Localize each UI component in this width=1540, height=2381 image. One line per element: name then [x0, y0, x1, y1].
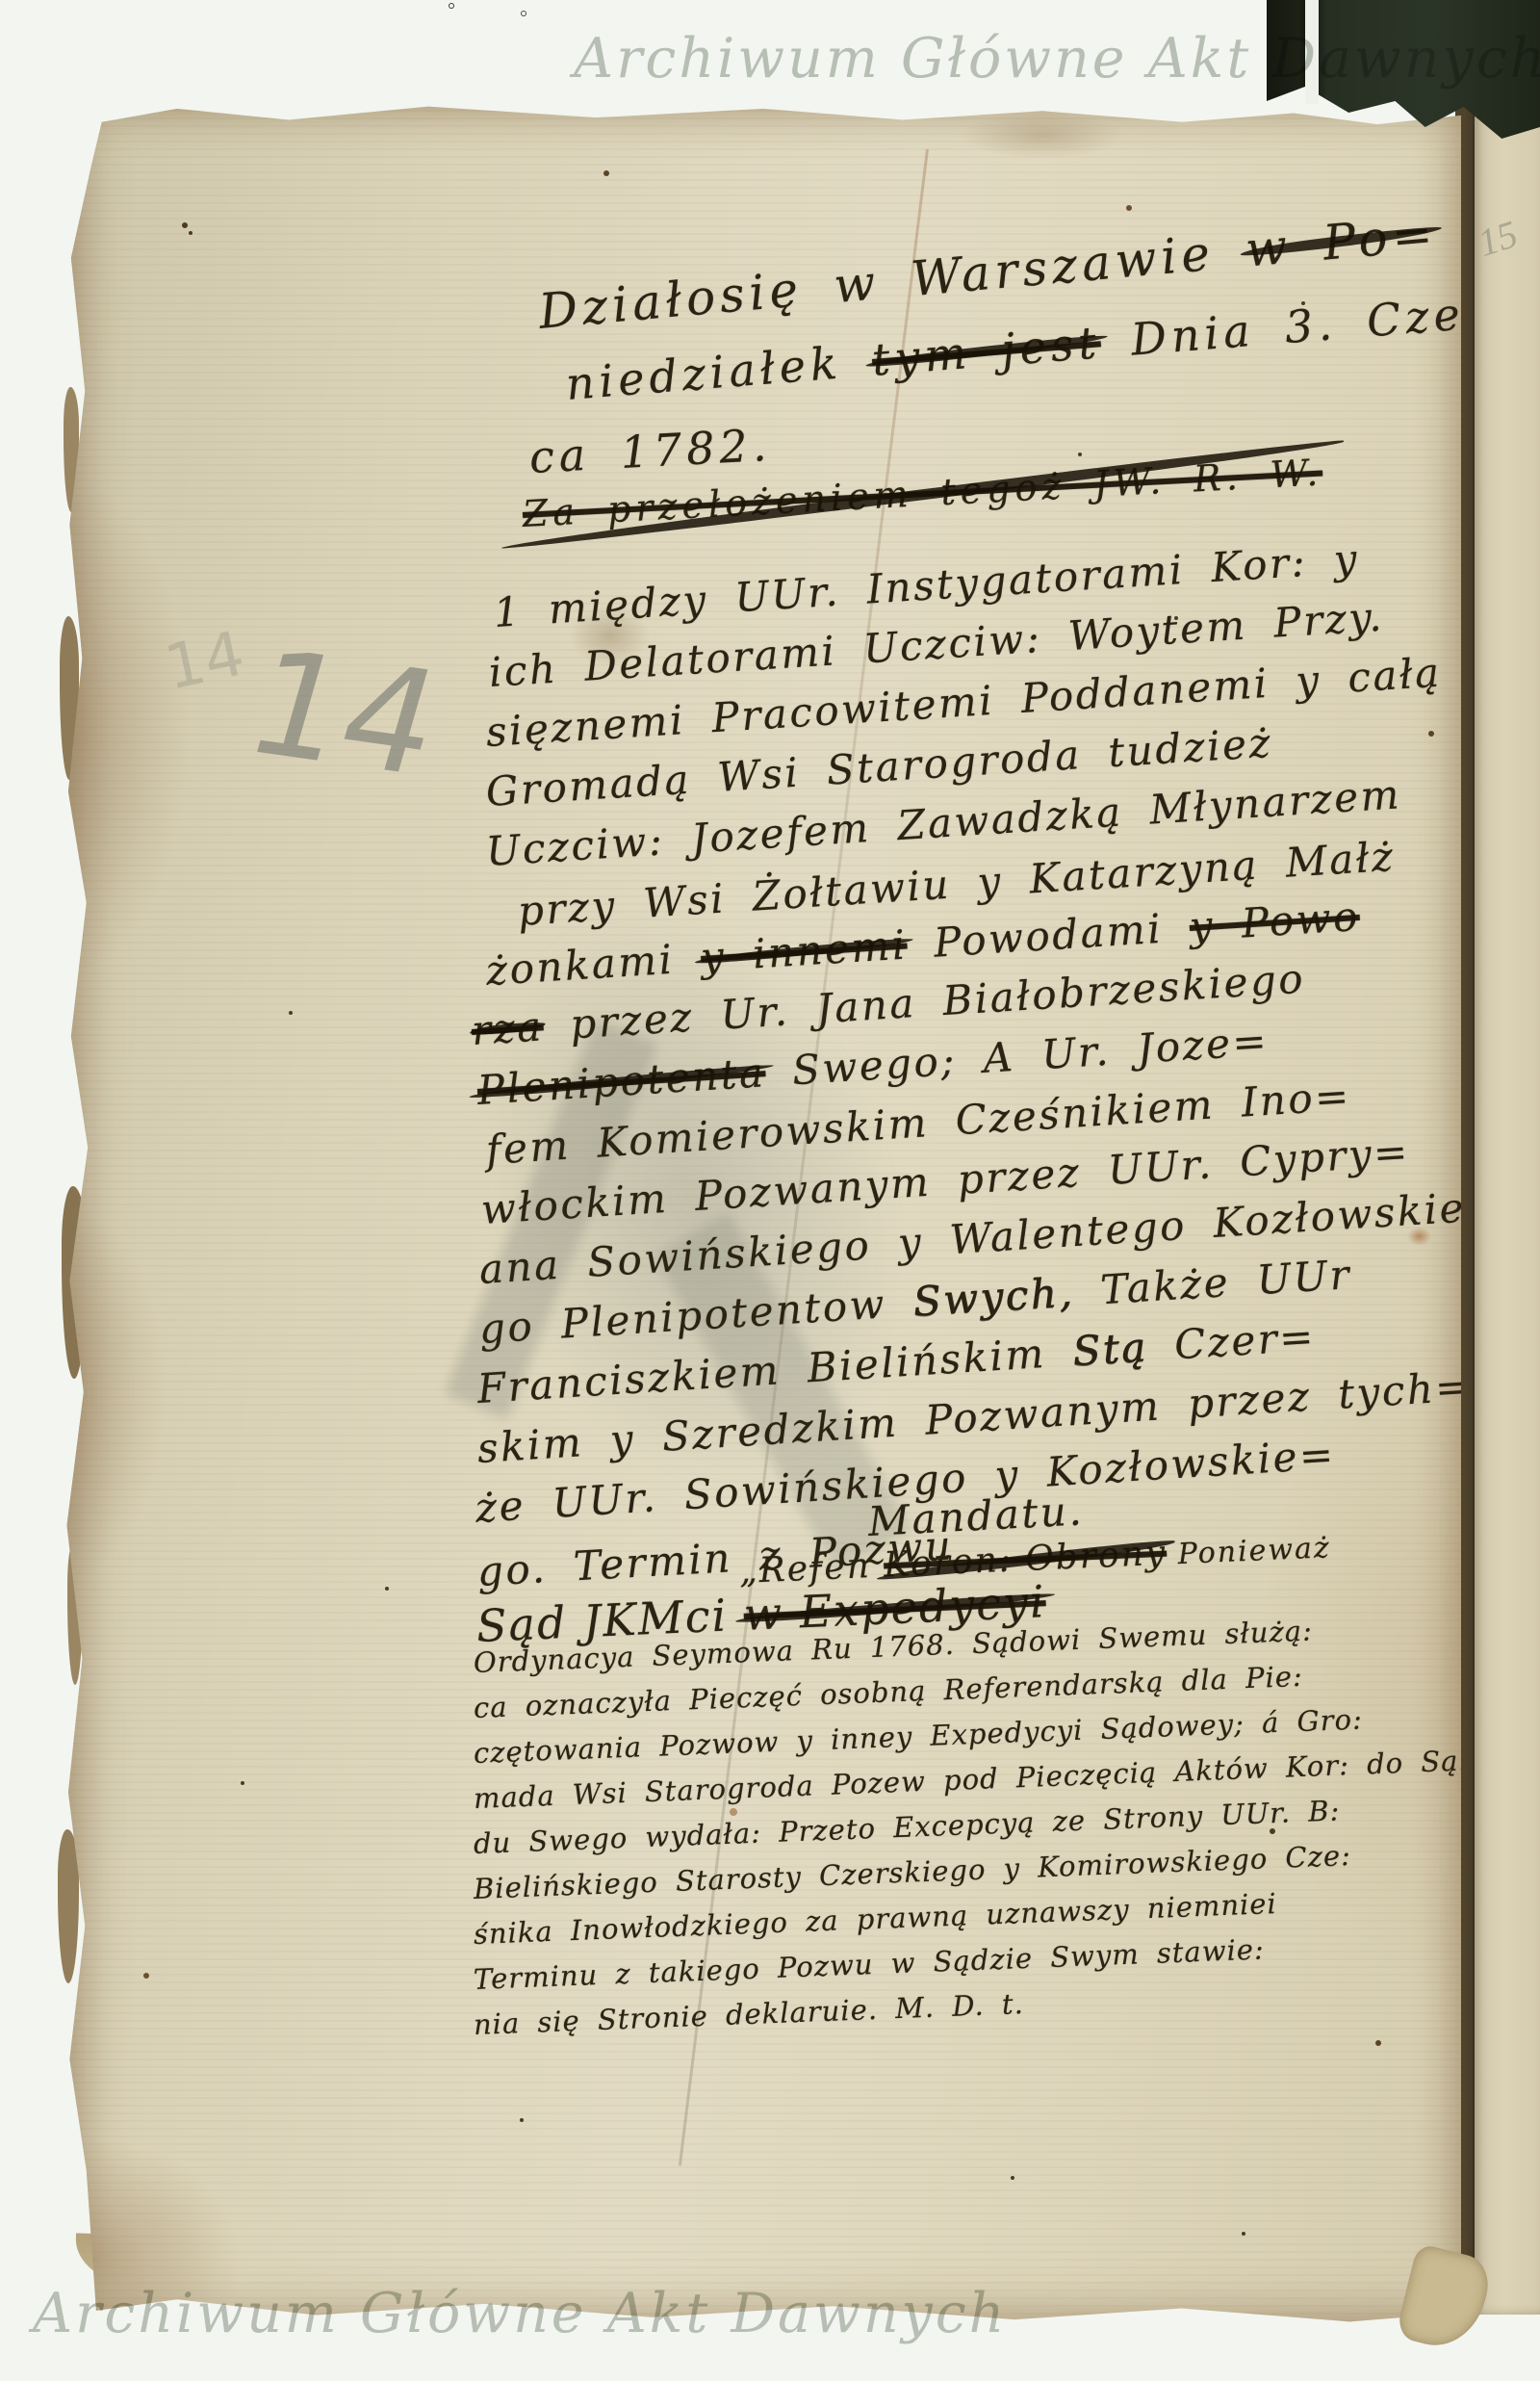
archive-scan-root: 15 14 14 Działosię w Warszawie w Po= nie…	[0, 0, 1540, 2381]
line-segment: Także UUr	[1072, 1251, 1352, 1315]
line-segment: Ponieważ	[1166, 1531, 1331, 1571]
manuscript-page: 14 14 Działosię w Warszawie w Po= niedzi…	[65, 102, 1461, 2326]
manuscript-line-small: nia się Stronie deklaruie. M. D. t.	[473, 1987, 1024, 2041]
pencil-folio-small: 14	[159, 618, 250, 704]
line-segment: Powodami	[906, 903, 1191, 968]
heavy-ink-segment: Stą	[1071, 1323, 1149, 1375]
line-segment: ca 1782.	[528, 419, 773, 483]
dust-speck	[449, 4, 453, 8]
pencil-folio-large: 14	[230, 620, 458, 808]
blotted-segment: w Po=	[1244, 205, 1440, 277]
heavy-ink-segment: Swych,	[911, 1268, 1075, 1325]
manuscript-line-heading: ca 1782.	[528, 419, 773, 483]
paper-tatter	[58, 1829, 79, 1983]
foxing-specks	[65, 102, 69, 106]
line-segment: Czer=	[1146, 1312, 1317, 1370]
next-page-edge	[1473, 89, 1540, 2315]
line-segment: niedziałek	[564, 334, 874, 410]
struck-segment: y Powo	[1188, 893, 1361, 950]
line-segment: nia się Stronie deklaruie. M. D. t.	[473, 1987, 1024, 2041]
archive-watermark-top: Archiwum Główne Akt Dawnych	[574, 27, 1540, 91]
struck-segment: rza	[470, 1002, 545, 1054]
archive-watermark-bottom: Archiwum Główne Akt Dawnych	[33, 2282, 1007, 2345]
dust-speck	[522, 12, 526, 15]
